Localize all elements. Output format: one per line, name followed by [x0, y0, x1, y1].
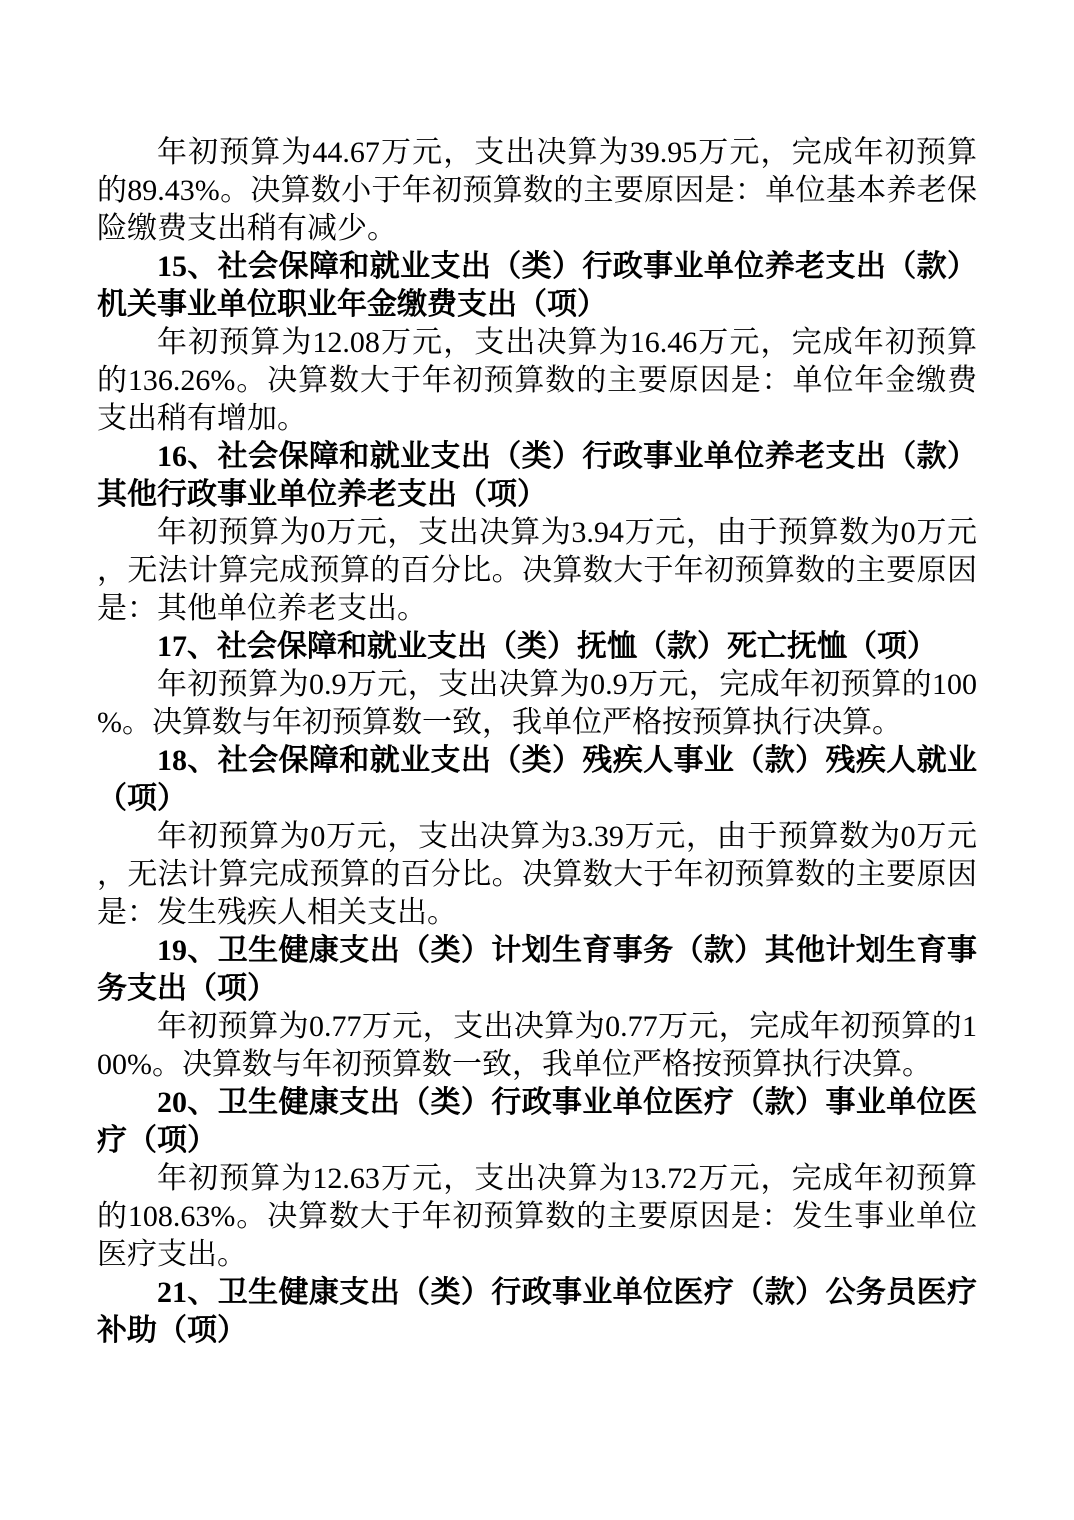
budget-paragraph-17: 年初预算为0.9万元，支出决算为0.9万元，完成年初预算的100%。决算数与年初… [97, 666, 977, 742]
budget-paragraph-19: 年初预算为0.77万元，支出决算为0.77万元，完成年初预算的100%。决算数与… [97, 1008, 977, 1084]
section-heading-16: 16、社会保障和就业支出（类）行政事业单位养老支出（款）其他行政事业单位养老支出… [97, 438, 977, 514]
section-heading-20: 20、卫生健康支出（类）行政事业单位医疗（款）事业单位医疗（项） [97, 1084, 977, 1160]
budget-paragraph-15: 年初预算为12.08万元，支出决算为16.46万元，完成年初预算的136.26%… [97, 324, 977, 438]
section-heading-18: 18、社会保障和就业支出（类）残疾人事业（款）残疾人就业（项） [97, 742, 977, 818]
section-heading-21: 21、卫生健康支出（类）行政事业单位医疗（款）公务员医疗补助（项） [97, 1274, 977, 1350]
section-heading-19: 19、卫生健康支出（类）计划生育事务（款）其他计划生育事务支出（项） [97, 932, 977, 1008]
section-heading-15: 15、社会保障和就业支出（类）行政事业单位养老支出（款）机关事业单位职业年金缴费… [97, 248, 977, 324]
budget-paragraph-14: 年初预算为44.67万元，支出决算为39.95万元，完成年初预算的89.43%。… [97, 134, 977, 248]
document-page: 年初预算为44.67万元，支出决算为39.95万元，完成年初预算的89.43%。… [0, 0, 1074, 1520]
section-heading-17: 17、社会保障和就业支出（类）抚恤（款）死亡抚恤（项） [97, 628, 977, 666]
budget-paragraph-16: 年初预算为0万元，支出决算为3.94万元，由于预算数为0万元，无法计算完成预算的… [97, 514, 977, 628]
budget-paragraph-20: 年初预算为12.63万元，支出决算为13.72万元，完成年初预算的108.63%… [97, 1160, 977, 1274]
budget-paragraph-18: 年初预算为0万元，支出决算为3.39万元，由于预算数为0万元，无法计算完成预算的… [97, 818, 977, 932]
